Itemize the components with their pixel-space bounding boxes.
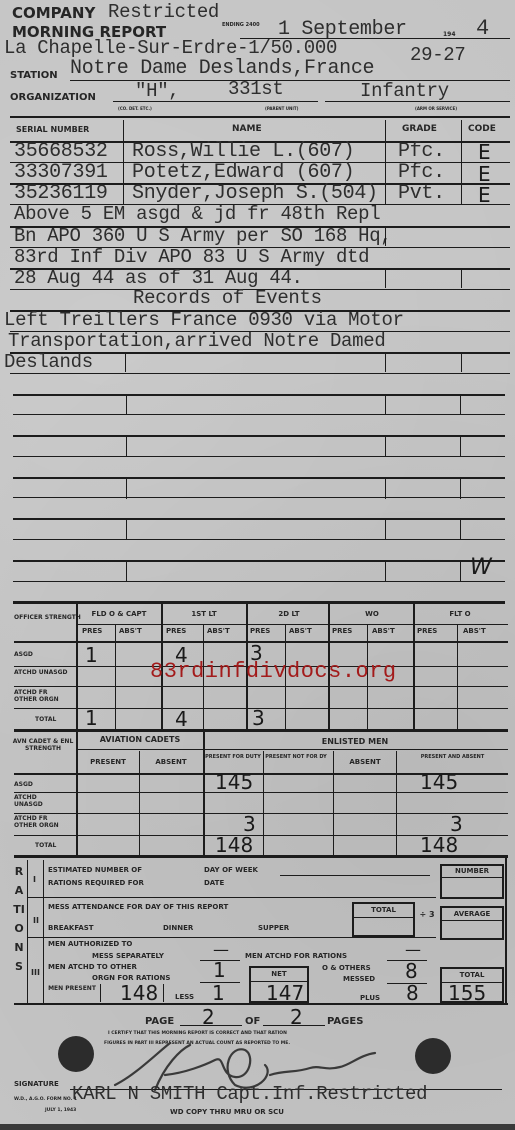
divider bbox=[413, 604, 415, 730]
subcol-pres: PRES bbox=[417, 627, 437, 635]
men-atchd-for-rations-value: — bbox=[405, 940, 421, 959]
organization-company: "H", bbox=[135, 80, 179, 102]
date-label: DATE bbox=[204, 879, 224, 887]
roster-col-divider-2 bbox=[385, 120, 386, 205]
total-present-and-absent: 148 bbox=[420, 833, 458, 857]
average-label: AVERAGE bbox=[440, 910, 504, 918]
row-label-atchd-fr-other: ATCHD FR OTHER ORGN bbox=[14, 689, 70, 703]
section-i-label-2: RATIONS REQUIRED FOR bbox=[48, 879, 144, 887]
mess-attendance-label: MESS ATTENDANCE FOR DAY OF THIS REPORT bbox=[48, 903, 228, 911]
rule bbox=[28, 897, 436, 898]
page-label: PAGE bbox=[145, 1016, 174, 1027]
row1-name: Ross,Willie L.(607) bbox=[132, 140, 354, 163]
event-line-2: Transportation,arrived Notre Damed bbox=[8, 330, 385, 352]
row-label-total: TOTAL bbox=[35, 842, 56, 849]
seal-right-icon bbox=[415, 1038, 451, 1074]
subcol-enl-absent: ABSENT bbox=[335, 758, 395, 766]
men-authorized-label-2: MESS SEPARATELY bbox=[92, 952, 164, 960]
initial-mark: W bbox=[470, 555, 492, 580]
asgd-present-and-absent: 145 bbox=[420, 770, 458, 794]
officer-strength-title: OFFICER STRENGTH bbox=[14, 614, 74, 622]
divider bbox=[115, 625, 116, 730]
row-label-atchd-fr-other: ATCHD FR OTHER ORGN bbox=[14, 815, 72, 829]
divider bbox=[100, 984, 101, 1002]
divider bbox=[461, 270, 462, 288]
group-1st-lt: 1ST LT bbox=[162, 610, 246, 618]
total-1stlt-pres: 4 bbox=[175, 707, 188, 731]
subcol-present-not-for-duty: PRESENT NOT FOR DY bbox=[265, 753, 327, 761]
seal-left-icon bbox=[58, 1036, 94, 1072]
net-value: 147 bbox=[266, 981, 304, 1005]
copy-note: WD COPY THRU MRU OR SCU bbox=[170, 1108, 284, 1116]
total-pages: 2 bbox=[290, 1005, 303, 1029]
number-label: NUMBER bbox=[440, 867, 504, 875]
bottom-edge bbox=[0, 1124, 515, 1130]
section-i-label-1: ESTIMATED NUMBER OF bbox=[48, 866, 142, 874]
divider bbox=[125, 354, 126, 372]
divider bbox=[76, 604, 78, 730]
rule bbox=[13, 560, 505, 562]
divider bbox=[385, 270, 386, 288]
men-atchd-other-value: 1 bbox=[213, 958, 226, 982]
plus-value: 8 bbox=[406, 981, 419, 1005]
rule bbox=[14, 686, 508, 687]
section-i-numeral: I bbox=[33, 875, 36, 884]
rule bbox=[13, 414, 505, 415]
total-rations-label: TOTAL bbox=[440, 971, 504, 979]
divider bbox=[505, 858, 507, 1005]
organization-label: ORGANIZATION bbox=[10, 92, 96, 103]
divider bbox=[27, 860, 28, 1003]
group-2d-lt: 2D LT bbox=[248, 610, 330, 618]
divider bbox=[385, 479, 386, 499]
map-coordinates: 29-27 bbox=[410, 44, 466, 66]
subcol-present-and-absent: PRESENT AND ABSENT bbox=[400, 753, 505, 761]
enlisted-men-label: ENLISTED MEN bbox=[205, 737, 505, 746]
row1-grade: Pfc. bbox=[398, 140, 445, 163]
breakfast-label: BREAKFAST bbox=[48, 924, 94, 932]
rule bbox=[13, 518, 505, 520]
asgd-present-for-duty: 145 bbox=[215, 770, 253, 794]
row3-serial: 35236119 bbox=[14, 182, 108, 205]
subcol-pres: PRES bbox=[250, 627, 270, 635]
enlisted-strength-title: AVN CADET & ENL STRENGTH bbox=[12, 738, 74, 752]
ending-label: ENDING 2400 bbox=[222, 22, 262, 28]
dinner-label: DINNER bbox=[163, 924, 193, 932]
col-serial-number: SERIAL NUMBER bbox=[16, 125, 89, 134]
rule bbox=[13, 456, 505, 457]
aviation-cadets-label: AVIATION CADETS bbox=[78, 735, 202, 744]
rule bbox=[78, 749, 508, 750]
col-grade: GRADE bbox=[402, 124, 437, 134]
divider bbox=[460, 395, 461, 415]
men-present-label: MEN PRESENT bbox=[44, 985, 100, 993]
signature-label: SIGNATURE bbox=[14, 1080, 59, 1088]
rule bbox=[13, 539, 505, 540]
row2-grade: Pfc. bbox=[398, 161, 445, 184]
rule bbox=[352, 917, 415, 918]
divider bbox=[457, 625, 458, 730]
col-name: NAME bbox=[232, 124, 262, 134]
less-label: LESS bbox=[175, 993, 194, 1001]
divider bbox=[460, 562, 461, 582]
subcol-cadet-present: PRESENT bbox=[78, 758, 138, 766]
divider bbox=[203, 732, 205, 856]
divider bbox=[76, 732, 78, 856]
subcol-pres: PRES bbox=[332, 627, 352, 635]
event-line-3: Deslands bbox=[4, 351, 93, 373]
year-prefix: 194 bbox=[443, 31, 456, 38]
divider bbox=[263, 751, 264, 856]
group-wo: WO bbox=[330, 610, 414, 618]
divider bbox=[460, 479, 461, 499]
supper-label: SUPPER bbox=[258, 924, 289, 932]
row-label-total: TOTAL bbox=[35, 716, 56, 723]
of-label: OF bbox=[245, 1016, 260, 1027]
row1-serial: 35668532 bbox=[14, 140, 108, 163]
event-line-1: Left Treillers France 0930 via Motor bbox=[4, 309, 404, 331]
roster-col-divider-1 bbox=[123, 120, 124, 205]
men-present-value: 148 bbox=[120, 981, 158, 1005]
remark-line-2: Bn APO 360 U S Army per SO 168 Hq, bbox=[14, 225, 391, 247]
divider bbox=[126, 395, 127, 415]
remark-line-1: Above 5 EM asgd & jd fr 48th Repl bbox=[14, 203, 380, 225]
group-flt-o: FLT O bbox=[414, 610, 506, 618]
subcol-abst: ABS'T bbox=[207, 627, 230, 635]
men-authorized-value: — bbox=[213, 940, 229, 959]
men-atchd-other-label-1: MEN ATCHD TO OTHER bbox=[48, 963, 137, 971]
rule bbox=[13, 601, 505, 604]
rations-side-label: RATIONS bbox=[13, 862, 25, 976]
divider bbox=[139, 751, 140, 856]
rule bbox=[440, 920, 504, 921]
day-of-week-label: DAY OF WEEK bbox=[204, 866, 258, 874]
row3-name: Snyder,Joseph S.(504) bbox=[132, 182, 378, 205]
plus-label: PLUS bbox=[360, 994, 380, 1002]
rule bbox=[13, 394, 505, 396]
divider bbox=[396, 751, 397, 856]
less-value: 1 bbox=[212, 981, 225, 1005]
divider bbox=[126, 520, 127, 540]
morning-report-document: COMPANY Restricted MORNING REPORT ENDING… bbox=[0, 0, 515, 1130]
divider bbox=[385, 437, 386, 457]
station-value: Notre Dame Deslands,France bbox=[70, 57, 374, 80]
total-2dlt-pres: 3 bbox=[252, 706, 265, 730]
sublabel-co: (CO. DET. ETC.) bbox=[118, 106, 152, 111]
organization-parent-unit: 331st bbox=[228, 78, 284, 100]
subcol-abst: ABS'T bbox=[119, 627, 142, 635]
divider bbox=[126, 562, 127, 582]
row3-grade: Pvt. bbox=[398, 182, 445, 205]
others-messed-label-2: MESSED bbox=[343, 975, 375, 983]
section-ii-numeral: II bbox=[33, 916, 39, 925]
subcol-abst: ABS'T bbox=[289, 627, 312, 635]
net-label: NET bbox=[249, 970, 309, 978]
rule bbox=[13, 497, 505, 498]
header-divider bbox=[10, 116, 510, 118]
rule bbox=[13, 581, 505, 582]
organization-arm-service: Infantry bbox=[360, 80, 449, 102]
watermark-text: 83rdinfdivdocs.org bbox=[150, 659, 397, 684]
col-code: CODE bbox=[468, 124, 496, 134]
rule bbox=[14, 813, 508, 814]
sublabel-parent: (PARENT UNIT) bbox=[265, 106, 298, 111]
divider bbox=[460, 520, 461, 540]
section-iii-numeral: III bbox=[31, 968, 40, 977]
divider bbox=[385, 354, 386, 372]
men-atchd-for-rations-label: MEN ATCHD FOR RATIONS bbox=[245, 952, 347, 960]
row-label-asgd: ASGD bbox=[14, 781, 33, 788]
divider bbox=[385, 520, 386, 540]
row2-name: Potetz,Edward (607) bbox=[132, 161, 354, 184]
divider bbox=[460, 437, 461, 457]
remark-line-4: 28 Aug 44 as of 31 Aug 44. bbox=[14, 267, 303, 289]
rule bbox=[13, 477, 505, 479]
subcol-present-for-duty: PRESENT FOR DUTY bbox=[205, 753, 261, 761]
others-messed-label-1: O & OTHERS bbox=[322, 964, 371, 972]
divider bbox=[163, 984, 164, 1002]
divider bbox=[385, 562, 386, 582]
records-of-events-heading: Records of Events bbox=[133, 287, 322, 309]
rule bbox=[280, 875, 430, 876]
subcol-pres: PRES bbox=[166, 627, 186, 635]
page-number: 2 bbox=[202, 1005, 215, 1029]
pages-label: PAGES bbox=[327, 1016, 363, 1027]
total-present-for-duty: 148 bbox=[215, 833, 253, 857]
form-id: W.D., A.G.O. FORM NO. 1 bbox=[14, 1097, 77, 1102]
asgd-fld-pres: 1 bbox=[85, 643, 98, 667]
divider bbox=[385, 228, 386, 246]
rule bbox=[28, 937, 436, 938]
row-label-atchd-unasgd: ATCHD UNASGD bbox=[14, 794, 64, 808]
subcol-abst: ABS'T bbox=[463, 627, 486, 635]
restricted-stamp-top: Restricted bbox=[108, 1, 219, 23]
remark-line-3: 83rd Inf Div APO 83 U S Army dtd bbox=[14, 246, 369, 268]
total-label: TOTAL bbox=[352, 906, 415, 914]
sublabel-arm: (ARM OR SERVICE) bbox=[415, 106, 457, 111]
subcol-abst: ABS'T bbox=[372, 627, 395, 635]
row-label-atchd-unasgd: ATCHD UNASGD bbox=[14, 669, 70, 676]
signer-name: KARL N SMITH Capt.Inf.Restricted bbox=[72, 1083, 427, 1105]
group-fld-o-capt: FLD O & CAPT bbox=[78, 610, 160, 618]
divider bbox=[385, 395, 386, 415]
divider bbox=[126, 437, 127, 457]
station-label: STATION bbox=[10, 70, 58, 81]
rule bbox=[440, 877, 504, 878]
form-date: JULY 1, 1943 bbox=[45, 1108, 76, 1113]
rule bbox=[14, 1003, 508, 1005]
report-year-digit: 4 bbox=[476, 16, 489, 41]
subcol-cadet-absent: ABSENT bbox=[141, 758, 201, 766]
roster-col-divider-3 bbox=[461, 120, 462, 205]
divider bbox=[43, 860, 44, 1003]
row1-code: E bbox=[478, 140, 491, 164]
divider bbox=[461, 354, 462, 372]
others-messed-value: 8 bbox=[405, 959, 418, 983]
divide-by-three: ÷ 3 bbox=[418, 910, 436, 920]
subcol-pres: PRES bbox=[82, 627, 102, 635]
map-reference: La Chapelle-Sur-Erdre-1/50.000 bbox=[4, 37, 337, 59]
total-fld-pres: 1 bbox=[85, 706, 98, 730]
row-label-asgd: ASGD bbox=[14, 651, 33, 658]
divider bbox=[333, 751, 334, 856]
men-authorized-label-1: MEN AUTHORIZED TO bbox=[48, 940, 132, 948]
rule bbox=[10, 373, 510, 374]
divider bbox=[126, 479, 127, 499]
total-rations-value: 155 bbox=[448, 981, 486, 1005]
row2-serial: 33307391 bbox=[14, 161, 108, 184]
rule bbox=[13, 435, 505, 437]
rule bbox=[78, 624, 508, 625]
company-label: COMPANY bbox=[12, 4, 95, 22]
